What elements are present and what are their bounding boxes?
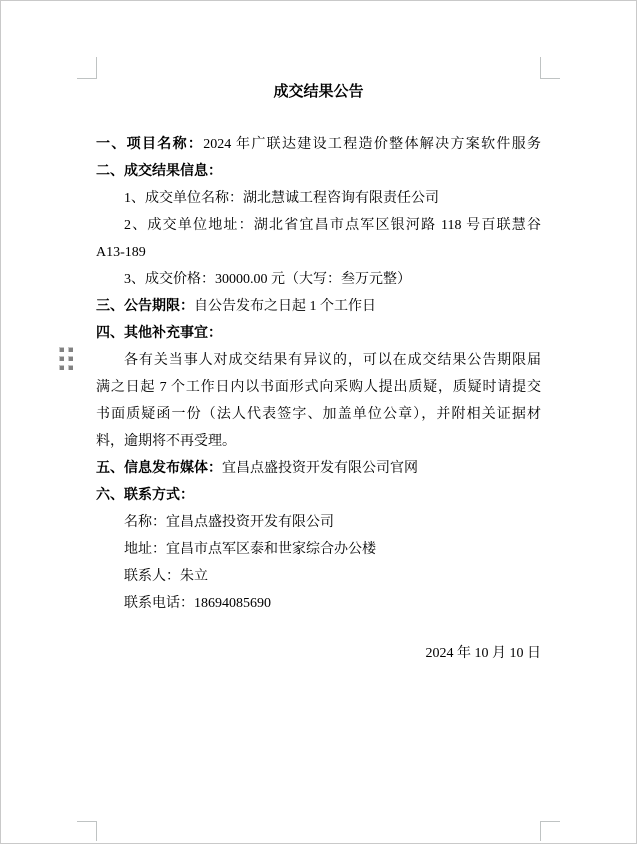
crop-mark-top-right xyxy=(540,57,560,79)
crop-mark-top-left xyxy=(77,57,97,79)
page-title: 成交结果公告 xyxy=(96,79,541,106)
line-winner-address-cont: A13-189 xyxy=(96,239,541,266)
line-contact-person: 联系人：朱立 xyxy=(96,563,541,590)
value-announcement-period: 自公告发布之日起 1 个工作日 xyxy=(194,299,376,314)
line-winner-name: 1、成交单位名称：湖北慧诚工程咨询有限责任公司 xyxy=(96,185,541,212)
line-supplement-2: 满之日起 7 个工作日内以书面形式向采购人提出质疑，质疑时请提交 xyxy=(96,374,541,401)
line-supplement-heading: 四、其他补充事宜： xyxy=(96,320,541,347)
line-price: 3、成交价格：30000.00 元（大写：叁万元整） xyxy=(96,266,541,293)
line-contact-heading: 六、联系方式： xyxy=(96,482,541,509)
heading-announcement-period: 三、公告期限： xyxy=(96,299,194,314)
line-contact-address: 地址：宜昌市点军区泰和世家综合办公楼 xyxy=(96,536,541,563)
heading-project-name: 一、项目名称： xyxy=(96,137,203,152)
line-announcement-period: 三、公告期限：自公告发布之日起 1 个工作日 xyxy=(96,293,541,320)
document-page: 成交结果公告 一、项目名称：2024 年广联达建设工程造价整体解决方案软件服务 … xyxy=(96,79,541,667)
line-publish-media: 五、信息发布媒体：宜昌点盛投资开发有限公司官网 xyxy=(96,455,541,482)
crop-mark-bottom-right xyxy=(540,821,560,841)
heading-result-info: 二、成交结果信息： xyxy=(96,164,222,179)
line-result-info-heading: 二、成交结果信息： xyxy=(96,158,541,185)
value-project-name: 2024 年广联达建设工程造价整体解决方案软件服务 xyxy=(203,137,541,152)
heading-contact: 六、联系方式： xyxy=(96,488,194,503)
crop-mark-bottom-left xyxy=(77,821,97,841)
line-supplement-1: 各有关当事人对成交结果有异议的，可以在成交结果公告期限届 xyxy=(96,347,541,374)
line-contact-name: 名称：宜昌点盛投资开发有限公司 xyxy=(96,509,541,536)
line-supplement-3: 书面质疑函一份（法人代表签字、加盖单位公章），并附相关证据材 xyxy=(96,401,541,428)
line-contact-phone: 联系电话：18694085690 xyxy=(96,590,541,617)
doc-date: 2024 年 10 月 10 日 xyxy=(96,640,541,667)
line-project-name: 一、项目名称：2024 年广联达建设工程造价整体解决方案软件服务 xyxy=(96,131,541,158)
line-supplement-4: 料，逾期将不再受理。 xyxy=(96,428,541,455)
value-publish-media: 宜昌点盛投资开发有限公司官网 xyxy=(222,461,418,476)
heading-supplement: 四、其他补充事宜： xyxy=(96,326,222,341)
paragraph-drag-handle-icon[interactable] xyxy=(59,347,73,370)
line-winner-address: 2、成交单位地址：湖北省宜昌市点军区银河路 118 号百联慧谷 xyxy=(96,212,541,239)
heading-publish-media: 五、信息发布媒体： xyxy=(96,461,222,476)
